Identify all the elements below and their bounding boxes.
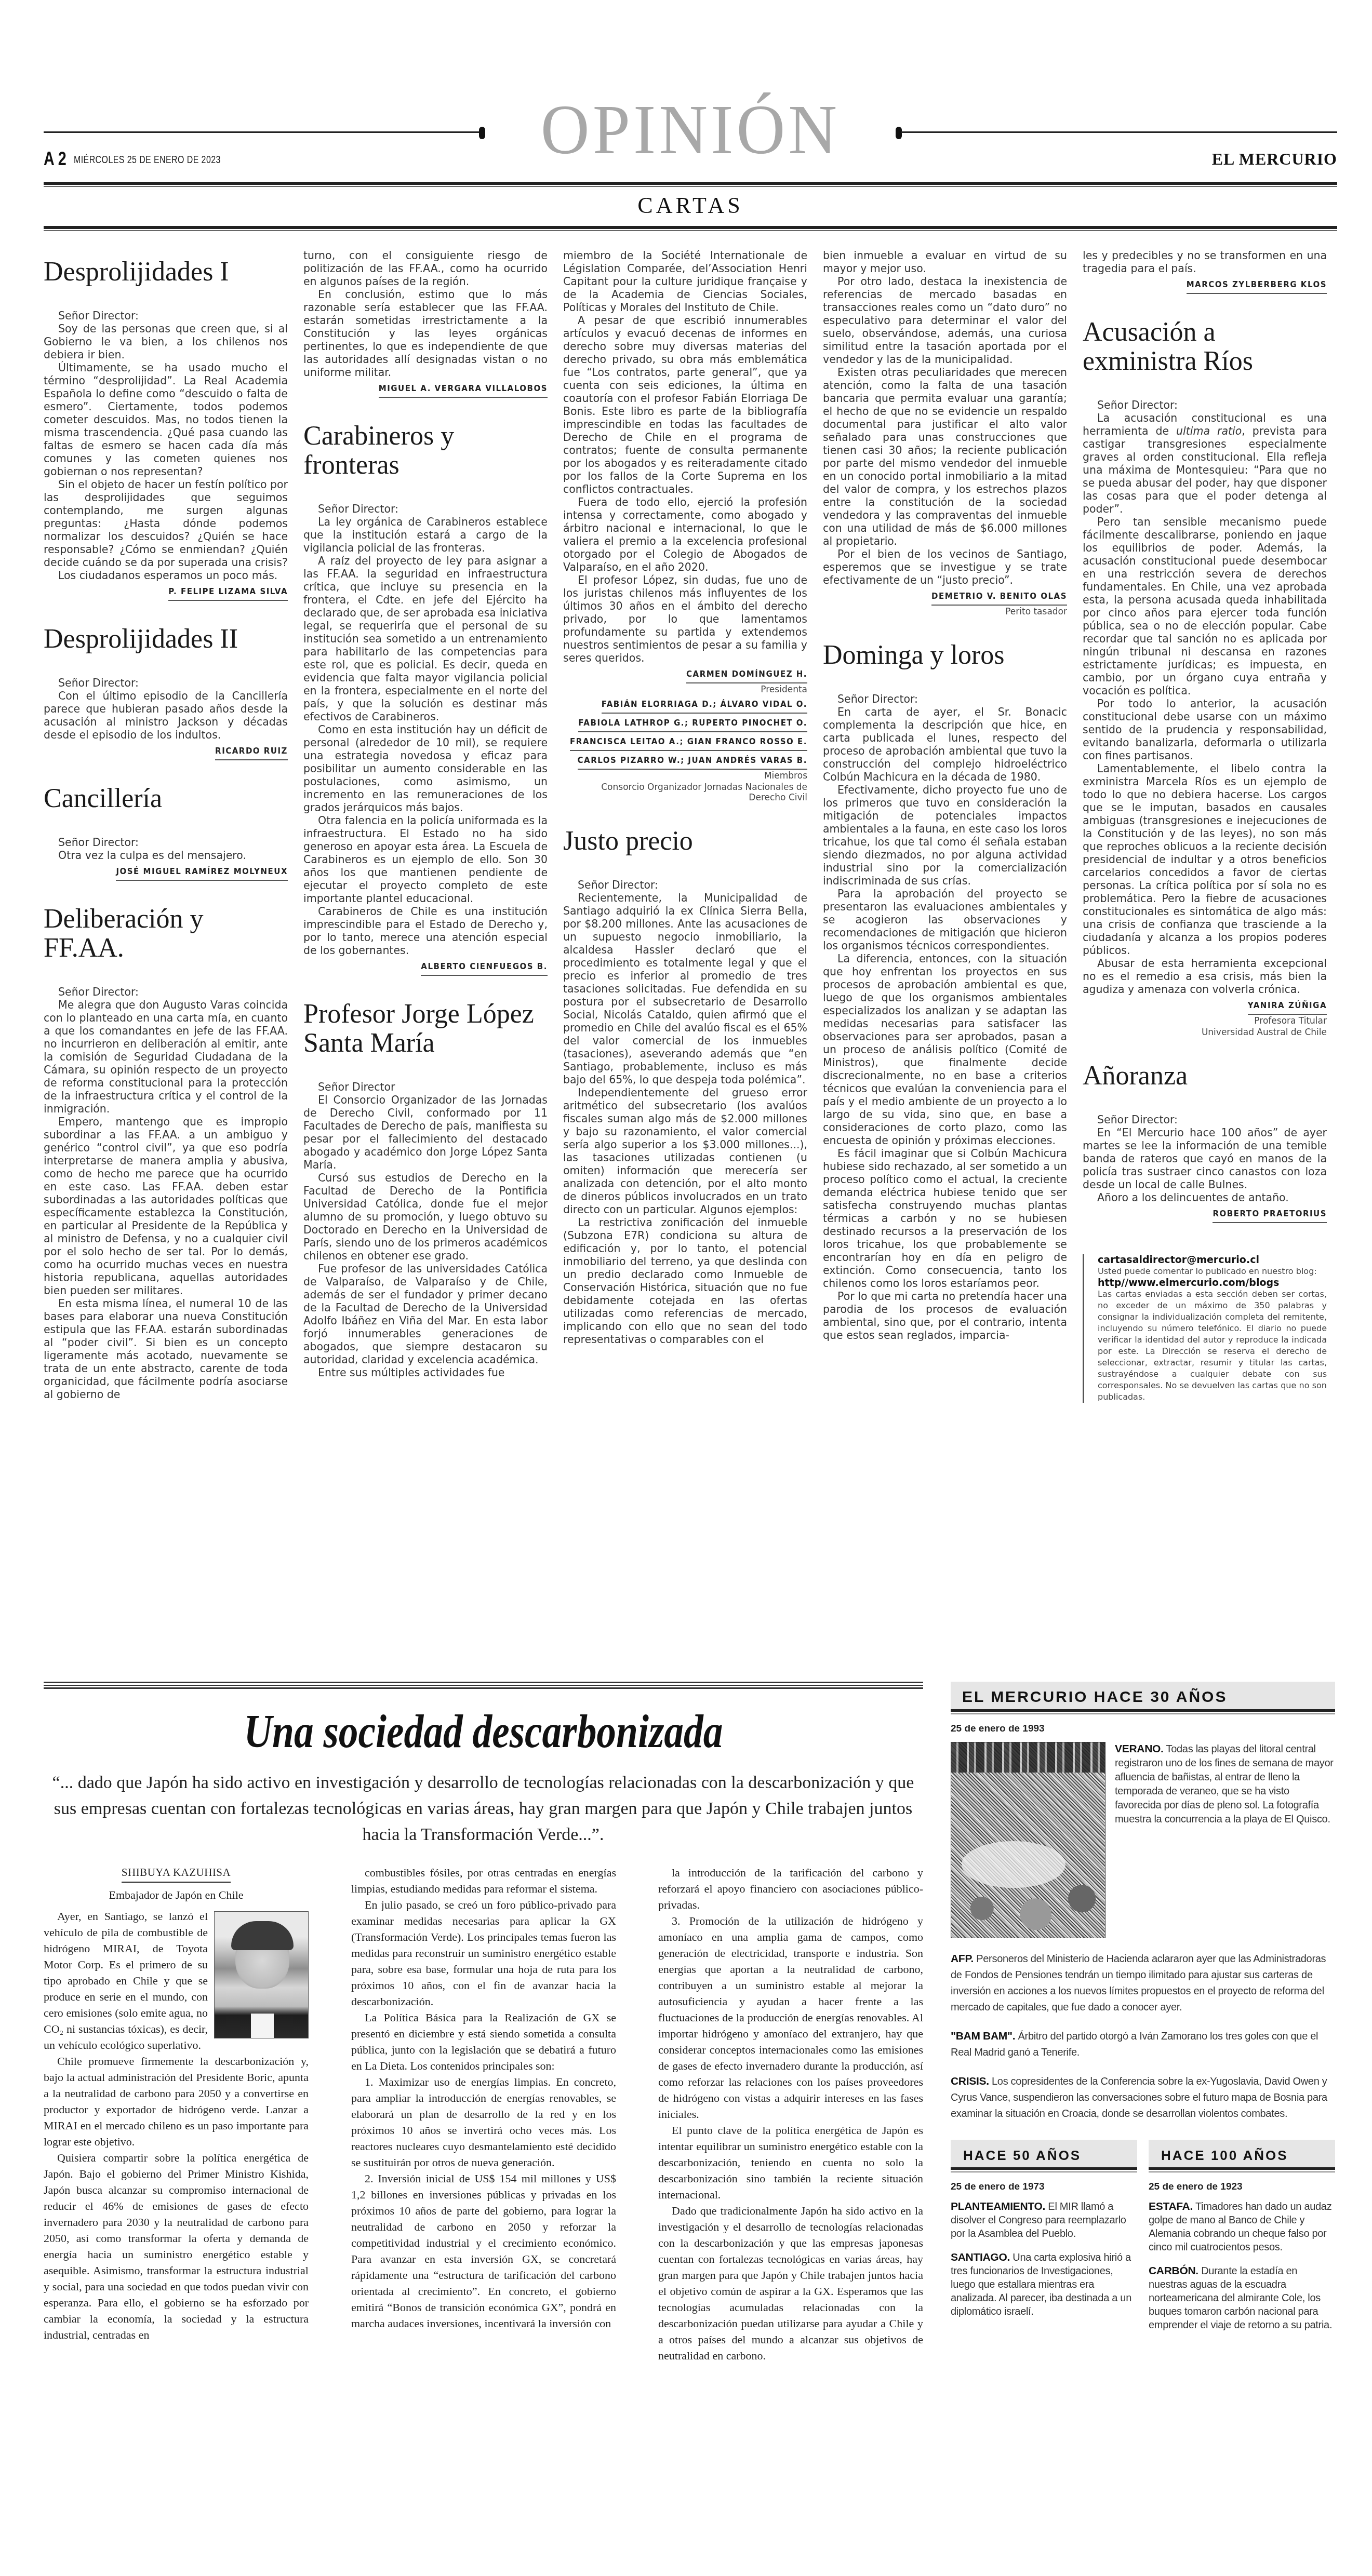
letter-signature: FRANCISCA LEITAO A.; GIAN FRANCO ROSSO E… [563, 734, 807, 751]
history-item: "BAM BAM". Árbitro del partido otorgó a … [951, 2028, 1335, 2061]
history-item: AFP. Personeros del Ministerio de Hacien… [951, 1951, 1335, 2016]
letter-paragraph: En conclusión, estimo que lo más razonab… [303, 288, 548, 379]
history-item-text: Los copresidentes de la Conferencia sobr… [951, 2076, 1327, 2119]
photo-caption-text: Todas las playas del litoral central reg… [1115, 1743, 1334, 1825]
letter-paragraph: En esta misma línea, el numeral 10 de la… [44, 1297, 288, 1401]
signature-name: MIGUEL A. VERGARA VILLALOBOS [379, 382, 548, 398]
history-50-header: HACE 50 AÑOS [951, 2140, 1137, 2170]
letter-paragraph: Otra falencia en la policía uniformada e… [303, 814, 548, 905]
op-ed-paragraph: combustibles fósiles, por otras centrada… [351, 1864, 616, 1897]
signature-name: YANIRA ZÚÑIGA [1248, 999, 1327, 1015]
letter-paragraph: Señor Director: [823, 693, 1067, 706]
letters-column-5: les y predecibles y no se transformen en… [1083, 249, 1327, 1641]
letter-paragraph: Señor Director: [303, 503, 548, 516]
signature-name: RICARDO RUIZ [215, 745, 288, 760]
letter-paragraph: Fue profesor de las universidades Católi… [303, 1263, 548, 1366]
letter-paragraph: La restrictiva zonificación del inmueble… [563, 1216, 807, 1346]
op-ed-author-role: Embajador de Japón en Chile [44, 1887, 309, 1903]
letter-paragraph: Añoro a los delincuentes de antaño. [1083, 1191, 1327, 1204]
letter-paragraph: La diferencia, entonces, con la situació… [823, 952, 1067, 1147]
history-item: CRISIS. Los copresidentes de la Conferen… [951, 2073, 1335, 2122]
signature-name: P. FELIPE LIZAMA SILVA [168, 585, 288, 601]
letter-paragraph: Soy de las personas que creen que, si al… [44, 323, 288, 361]
letter-paragraph: Por otro lado, destaca la inexistencia d… [823, 275, 1067, 366]
history-item-keyword: ESTAFA. [1149, 2201, 1193, 2212]
blog-intro: Usted puede comentar lo publicado en nue… [1098, 1266, 1327, 1277]
letter-signature: MIGUEL A. VERGARA VILLALOBOS [303, 381, 548, 398]
letter-signature: CARLOS PIZARRO W.; JUAN ANDRÉS VARAS B. [563, 753, 807, 770]
letter-paragraph: turno, con el consiguiente riesgo de pol… [303, 249, 548, 288]
letter-signature: FABIÁN ELORRIAGA D.; ÁLVARO VIDAL O. [563, 697, 807, 714]
letter-paragraph: A pesar de que escribió innumerables art… [563, 314, 807, 496]
history-item-keyword: "BAM BAM". [951, 2030, 1015, 2042]
letter-paragraph: Señor Director: [44, 310, 288, 323]
op-ed-paragraph: La Política Básica para la Realización d… [351, 2009, 616, 2074]
history-item: SANTIAGO. Una carta explosiva hirió a tr… [951, 2251, 1137, 2318]
letter-title: Dominga y loros [823, 641, 1067, 670]
issue-date: MIÉRCOLES 25 DE ENERO DE 2023 [74, 154, 221, 166]
masthead-rule-right [901, 131, 1337, 133]
subsection-divider [44, 226, 1337, 231]
op-ed-pull-quote: “... dado que Japón ha sido activo en in… [52, 1770, 914, 1848]
letter-paragraph: miembro de la Société Internationale de … [563, 249, 807, 314]
photo-caption: VERANO. Todas las playas del litoral cen… [1115, 1742, 1335, 1938]
letter-paragraph: Existen otras peculiaridades que merecen… [823, 366, 1067, 548]
letter-paragraph: Señor Director [303, 1081, 548, 1094]
letter-paragraph: El profesor López, sin dudas, fue uno de… [563, 574, 807, 665]
letter-title: Justo precio [563, 827, 807, 856]
signature-name: FABIOLA LATHROP G.; RUPERTO PINOCHET O. [578, 717, 807, 732]
letter-paragraph: La acusación constitucional es una herra… [1083, 412, 1327, 516]
letter-paragraph: Señor Director: [44, 836, 288, 849]
history-item-keyword: PLANTEAMIENTO. [951, 2201, 1045, 2212]
beach-crowd-photo [951, 1742, 1105, 1938]
history-item-keyword: AFP. [951, 1953, 974, 1965]
letter-title: Desprolijidades I [44, 258, 288, 287]
history-100-box: HACE 100 AÑOS 25 de enero de 1923 ESTAFA… [1149, 2140, 1335, 2332]
op-ed-paragraph: la introducción de la tarificación del c… [658, 1864, 923, 1913]
letter-paragraph: Abusar de esta herramienta excepcional n… [1083, 957, 1327, 996]
op-ed-paragraph: 3. Promoción de la utilización de hidróg… [658, 1913, 923, 2122]
letters-column-4: bien inmueble a evaluar en virtud de su … [823, 249, 1067, 1641]
op-ed-divider [44, 1682, 923, 1689]
op-ed-author: SHIBUYA KAZUHISA [122, 1864, 231, 1883]
letter-signature: RICARDO RUIZ [44, 744, 288, 760]
letter-signature: YANIRA ZÚÑIGA [1083, 998, 1327, 1015]
letter-paragraph: Por todo lo anterior, la acusación const… [1083, 697, 1327, 762]
masthead-divider [44, 182, 1337, 187]
letter-rules: Las cartas enviadas a esta sección deben… [1098, 1289, 1327, 1403]
letter-signature: ALBERTO CIENFUEGOS B. [303, 959, 548, 976]
op-ed-paragraph: 1. Maximizar uso de energías limpias. En… [351, 2074, 616, 2170]
signature-affiliation: Presidenta [563, 685, 807, 695]
history-item-keyword: CRISIS. [951, 2075, 989, 2087]
letter-paragraph: Por lo que mi carta no pretendía hacer u… [823, 1290, 1067, 1342]
op-ed-paragraph: Quisiera compartir sobre la política ene… [44, 2150, 309, 2343]
letter-paragraph: Empero, mantengo que es impropio subordi… [44, 1116, 288, 1297]
letter-paragraph: Lamentablemente, el libelo contra la exm… [1083, 762, 1327, 957]
signature-name: ROBERTO PRAETORIUS [1213, 1208, 1327, 1223]
op-ed-paragraph: Chile promueve firmemente la descarboniz… [44, 2053, 309, 2150]
letter-title: Acusación a exministra Ríos [1083, 318, 1327, 376]
letter-paragraph: bien inmueble a evaluar en virtud de su … [823, 249, 1067, 275]
history-100-date: 25 de enero de 1923 [1149, 2181, 1335, 2193]
history-item-keyword: SANTIAGO. [951, 2251, 1010, 2263]
letter-paragraph: El Consorcio Organizador de las Jornadas… [303, 1094, 548, 1172]
history-item-text: Personeros del Ministerio de Hacienda ac… [951, 1953, 1326, 2013]
letter-signature: P. FELIPE LIZAMA SILVA [44, 584, 288, 601]
letter-signature: CARMEN DOMÍNGUEZ H. [563, 667, 807, 683]
letter-paragraph: Con el último episodio de la Cancillería… [44, 690, 288, 742]
letter-paragraph: En “El Mercurio hace 100 años” de ayer m… [1083, 1126, 1327, 1191]
letter-paragraph: les y predecibles y no se transformen en… [1083, 249, 1327, 275]
op-ed-paragraph: El punto clave de la política energética… [658, 2122, 923, 2203]
masthead: OPINIÓN A 2 MIÉRCOLES 25 DE ENERO DE 202… [44, 93, 1337, 229]
signature-name: CARMEN DOMÍNGUEZ H. [686, 668, 807, 683]
history-item-keyword: CARBÓN. [1149, 2265, 1198, 2277]
history-sidebar: EL MERCURIO HACE 30 AÑOS 25 de enero de … [951, 1682, 1335, 2332]
letter-paragraph: A raíz del proyecto de ley para asignar … [303, 555, 548, 723]
photo-caption-keyword: VERANO. [1115, 1743, 1164, 1755]
history-30-header: EL MERCURIO HACE 30 AÑOS [951, 1682, 1335, 1712]
signature-name: FRANCISCA LEITAO A.; GIAN FRANCO ROSSO E… [570, 735, 807, 751]
signature-affiliation: Consorcio Organizador Jornadas Nacionale… [563, 782, 807, 803]
signature-affiliation: Miembros [563, 771, 807, 781]
history-50-date: 25 de enero de 1973 [951, 2181, 1137, 2193]
signature-name: FABIÁN ELORRIAGA D.; ÁLVARO VIDAL O. [602, 698, 807, 714]
letter-paragraph: Independientemente del grueso error arit… [563, 1086, 807, 1216]
letter-paragraph: Como en esta institución hay un déficit … [303, 723, 548, 814]
letter-signature: ROBERTO PRAETORIUS [1083, 1206, 1327, 1223]
op-ed-paragraph: 2. Inversión inicial de US$ 154 mil mill… [351, 2170, 616, 2331]
letter-paragraph: Para la aprobación del proyecto se prese… [823, 888, 1067, 952]
signature-affiliation: Profesora Titular [1083, 1016, 1327, 1026]
letter-paragraph: Es fácil imaginar que si Colbún Machicur… [823, 1147, 1067, 1290]
letter-title: Cancillería [44, 784, 288, 813]
letter-paragraph: Señor Director: [1083, 399, 1327, 412]
letter-paragraph: Señor Director: [563, 879, 807, 892]
signature-name: JOSÉ MIGUEL RAMÍREZ MOLYNEUX [116, 865, 288, 881]
op-ed-paragraph: En julio pasado, se creó un foro público… [351, 1897, 616, 2009]
op-ed-column-1: SHIBUYA KAZUHISA Embajador de Japón en C… [44, 1864, 309, 2343]
op-ed-article: SHIBUYA KAZUHISA Embajador de Japón en C… [44, 1864, 923, 2550]
history-30-date: 25 de enero de 1993 [951, 1723, 1335, 1735]
letter-paragraph: Fuera de todo ello, ejerció la profesión… [563, 496, 807, 574]
masthead-ornament-right [896, 127, 902, 139]
history-item: PLANTEAMIENTO. El MIR llamó a disolver e… [951, 2200, 1137, 2240]
letter-paragraph: Señor Director: [44, 677, 288, 690]
author-photo-hair [231, 1921, 294, 1950]
op-ed-column-2: combustibles fósiles, por otras centrada… [351, 1864, 616, 2331]
letter-paragraph: Por el bien de los vecinos de Santiago, … [823, 548, 1067, 587]
letter-paragraph: Cursó sus estudios de Derecho en la Facu… [303, 1172, 548, 1263]
letter-title: Desprolijidades II [44, 625, 288, 654]
signature-name: DEMETRIO V. BENITO OLAS [931, 590, 1067, 606]
letter-paragraph: Efectivamente, dicho proyecto fue uno de… [823, 784, 1067, 888]
letter-paragraph: Sin el objeto de hacer un festín polític… [44, 478, 288, 569]
signature-name: MARCOS ZYLBERBERG KLOS [1187, 278, 1327, 294]
signature-affiliation: Perito tasador [823, 607, 1067, 617]
history-item: CARBÓN. Durante la estadía en nuestras a… [1149, 2264, 1335, 2332]
letter-signature: JOSÉ MIGUEL RAMÍREZ MOLYNEUX [44, 864, 288, 881]
letter-signature: MARCOS ZYLBERBERG KLOS [1083, 277, 1327, 294]
signature-name: ALBERTO CIENFUEGOS B. [421, 960, 548, 976]
letter-paragraph: Últimamente, se ha usado mucho el términ… [44, 361, 288, 478]
letter-paragraph: Carabineros de Chile es una institución … [303, 905, 548, 957]
op-ed-column-3: la introducción de la tarificación del c… [658, 1864, 923, 2364]
letter-paragraph: La ley orgánica de Carabineros establece… [303, 516, 548, 555]
page-number: A 2 [44, 148, 66, 170]
author-photo-shirt [251, 2014, 274, 2038]
letter-paragraph: Otra vez la culpa es del mensajero. [44, 849, 288, 862]
op-ed-paragraph: Dado que tradicionalmente Japón ha sido … [658, 2203, 923, 2364]
author-photo [214, 1911, 309, 2038]
letter-title: Profesor Jorge López Santa María [303, 1000, 548, 1058]
letter-title: Carabineros y fronteras [303, 422, 548, 480]
letter-signature: FABIOLA LATHROP G.; RUPERTO PINOCHET O. [563, 716, 807, 732]
history-item: ESTAFA. Timadores han dado un audaz golp… [1149, 2200, 1335, 2254]
signature-name: CARLOS PIZARRO W.; JUAN ANDRÉS VARAS B. [578, 754, 807, 770]
letter-paragraph: Señor Director: [1083, 1113, 1327, 1126]
letter-paragraph: En carta de ayer, el Sr. Bonacic complem… [823, 706, 1067, 784]
letters-column-1: Desprolijidades ISeñor Director:Soy de l… [44, 249, 288, 1641]
section-title: OPINIÓN [44, 95, 1337, 166]
letter-paragraph: Recientemente, la Municipalidad de Santi… [563, 892, 807, 1086]
letters-column-2: turno, con el consiguiente riesgo de pol… [303, 249, 548, 1641]
letter-signature: DEMETRIO V. BENITO OLAS [823, 589, 1067, 606]
op-ed-title: Una sociedad descarbonizada [123, 1703, 844, 1759]
letter-paragraph: Pero tan sensible mecanismo puede fácilm… [1083, 516, 1327, 697]
history-50-box: HACE 50 AÑOS 25 de enero de 1973 PLANTEA… [951, 2140, 1137, 2332]
letters-column-3: miembro de la Société Internationale de … [563, 249, 807, 1641]
letters-section: Desprolijidades ISeñor Director:Soy de l… [44, 249, 1332, 1641]
italic-phrase: ultima ratio [1176, 425, 1242, 437]
letter-paragraph: Señor Director: [44, 986, 288, 999]
letter-title: Añoranza [1083, 1062, 1327, 1091]
letter-paragraph: Me alegra que don Augusto Varas coincida… [44, 999, 288, 1116]
letter-paragraph: Los ciudadanos esperamos un poco más. [44, 569, 288, 582]
subsection-title: CARTAS [44, 192, 1337, 219]
newspaper-logo: EL MERCURIO [1212, 150, 1337, 169]
signature-affiliation: Universidad Austral de Chile [1083, 1027, 1327, 1038]
letter-title: Deliberación y FF.AA. [44, 905, 288, 963]
history-100-header: HACE 100 AÑOS [1149, 2140, 1335, 2170]
contact-box: cartasaldirector@mercurio.cl Usted puede… [1083, 1254, 1327, 1403]
contact-email-link[interactable]: cartasaldirector@mercurio.cl [1098, 1254, 1327, 1266]
letter-paragraph: Entre sus múltiples actividades fue [303, 1366, 548, 1379]
blog-link[interactable]: http//www.elmercurio.com/blogs [1098, 1277, 1327, 1289]
text-run: , prevista para castigar transgresiones … [1083, 425, 1327, 515]
